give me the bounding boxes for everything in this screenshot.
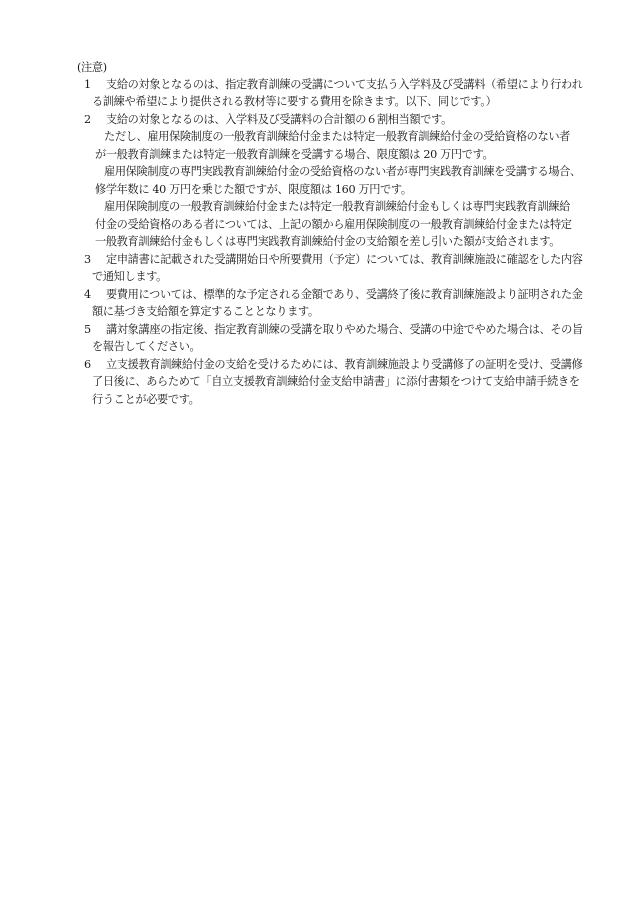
note-4-line-1: 4要費用については、標準的な予定される金額であり、受講終了後に教育訓練施設より証… — [84, 288, 583, 302]
note-number: 2 — [84, 113, 106, 127]
note-2-line-8: 一般教育訓練給付金もしくは専門実践教育訓練給付金の支給額を差し引いた額が支給され… — [95, 235, 560, 249]
note-1-line-2: る訓練や希望により提供される教材等に要する費用を除きます。以下、同じです。） — [92, 95, 496, 109]
note-5-line-1: 5講対象講座の指定後、指定教育訓練の受講を取りやめた場合、受講の中途でやめた場合… — [84, 323, 583, 337]
document-page: (注意) 1支給の対象となるのは、指定教育訓練の受講について支払う入学料及び受講… — [0, 0, 630, 903]
note-5-line-2: を報告してください。 — [92, 340, 200, 354]
note-2-line-3: が一般教育訓練または特定一般教育訓練を受講する場合、限度額は 20 万円です。 — [95, 148, 493, 162]
note-6-line-3: 行うことが必要です。 — [92, 393, 199, 407]
note-number: 3 — [84, 253, 106, 267]
note-2-line-2: ただし、雇用保険制度の一般教育訓練給付金または特定一般教育訓練給付金の受給資格の… — [104, 130, 570, 144]
note-2-line-6: 雇用保険制度の一般教育訓練給付金または特定一般教育訓練給付金もしくは専門実践教育… — [104, 200, 570, 214]
note-6-line-1: 6立支援教育訓練給付金の支給を受けるためには、教育訓練施設より受講修了の証明を受… — [84, 358, 582, 372]
note-3-line-1: 3定申請書に記載された受講開始日や所要費用（予定）については、教育訓練施設に確認… — [84, 253, 583, 267]
note-2-line-7: 付金の受給資格のある者については、上記の額から雇用保険制度の一般教育訓練給付金ま… — [95, 218, 572, 232]
note-3-line-2: で通知します。 — [92, 270, 167, 284]
note-6-line-2: 了日後に、あらためて「自立支援教育訓練給付金支給申請書」に添付書類をつけて支給申… — [92, 375, 580, 389]
note-number: 6 — [84, 358, 106, 372]
note-4-line-2: 額に基づき支給額を算定することとなります。 — [92, 305, 319, 319]
note-number: 5 — [84, 323, 106, 337]
note-1-line-1: 1支給の対象となるのは、指定教育訓練の受講について支払う入学料及び受講料（希望に… — [84, 78, 583, 92]
notes-heading: (注意) — [77, 61, 107, 75]
note-number: 4 — [84, 288, 106, 302]
note-2-line-5: 修学年数に 40 万円を乗じた額ですが、限度額は 160 万円です。 — [95, 183, 412, 197]
note-number: 1 — [84, 78, 106, 92]
note-2-line-1: 2支給の対象となるのは、入学料及び受講料の合計額の６割相当額です。 — [84, 113, 452, 127]
note-2-line-4: 雇用保険制度の専門実践教育訓練給付金の受給資格のない者が専門実践教育訓練を受講す… — [104, 165, 581, 179]
